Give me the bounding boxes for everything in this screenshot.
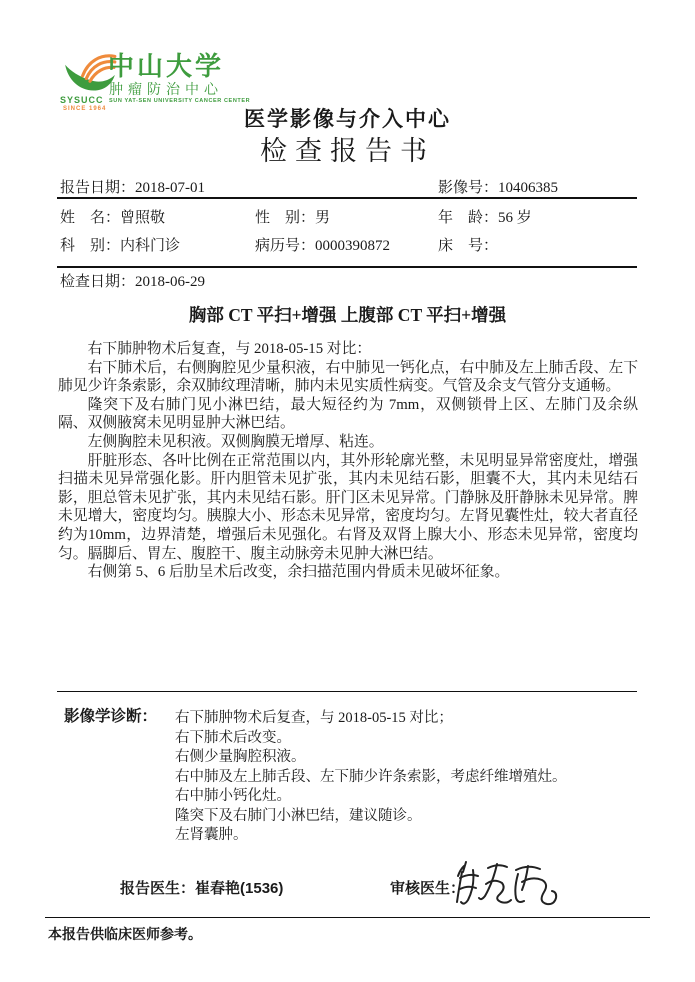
divider-diagnosis xyxy=(57,691,637,692)
findings-paragraph: 左侧胸腔未见积液。双侧胸膜无增厚、粘连。 xyxy=(58,433,638,452)
patient-gender-label: 性 别： xyxy=(255,210,315,226)
patient-bed-number-label: 床 号： xyxy=(438,238,498,254)
patient-department: 科 别：内科门诊 xyxy=(60,234,180,255)
patient-record-number: 病历号：0000390872 xyxy=(255,234,390,255)
org-name-cn: 中山大学 xyxy=(108,46,224,83)
image-number: 影像号：10406385 xyxy=(438,176,558,197)
report-doctor: 报告医生：崔春艳(1536) xyxy=(120,877,283,898)
diagnosis-line: 右下肺肿物术后复查，与 2018-05-15 对比； xyxy=(175,709,645,729)
diagnosis-line: 右中肺及左上肺舌段、左下肺少许条索影，考虑纤维增殖灶。 xyxy=(175,768,645,788)
diagnosis-line: 右中肺小钙化灶。 xyxy=(175,787,645,807)
patient-age: 年 龄：56 岁 xyxy=(438,206,532,227)
findings-paragraph: 肝脏形态、各叶比例在正常范围以内，其外形轮廓光整，未见明显异常密度灶，增强扫描未… xyxy=(58,452,638,564)
patient-age-value: 56 岁 xyxy=(498,210,532,226)
findings-paragraph: 右下肺术后，右侧胸腔见少量积液，右中肺见一钙化点，右中肺及左上肺舌段、左下肺见少… xyxy=(58,359,638,396)
patient-gender-value: 男 xyxy=(315,210,330,226)
divider-patient xyxy=(57,266,637,268)
diagnosis-label: 影像学诊断： xyxy=(64,704,157,726)
report-title: 检查报告书 xyxy=(0,129,695,168)
report-doctor-name: 崔春艳(1536) xyxy=(195,880,283,897)
patient-bed-number: 床 号： xyxy=(438,234,498,255)
divider-top xyxy=(57,197,637,199)
report-doctor-label: 报告医生： xyxy=(120,880,195,897)
footer-disclaimer: 本报告供临床医师参考。 xyxy=(48,924,202,944)
patient-department-label: 科 别： xyxy=(60,238,120,254)
patient-record-number-label: 病历号： xyxy=(255,238,315,254)
diagnosis-section: 右下肺肿物术后复查，与 2018-05-15 对比； 右下肺术后改变。 右侧少量… xyxy=(175,709,645,846)
review-doctor-signature-icon xyxy=(452,856,560,916)
patient-age-label: 年 龄： xyxy=(438,210,498,226)
diagnosis-line: 左肾囊肿。 xyxy=(175,826,645,846)
patient-gender: 性 别：男 xyxy=(255,206,330,227)
exam-date-label: 检查日期： xyxy=(60,274,135,290)
findings-paragraph: 隆突下及右肺门见小淋巴结，最大短径约为 7mm，双侧锁骨上区、左肺门及余纵隔、双… xyxy=(58,396,638,433)
findings-section: 右下肺肿物术后复查，与 2018-05-15 对比： 右下肺术后，右侧胸腔见少量… xyxy=(58,340,638,582)
report-page: SYSUCC SINCE 1964 中山大学 肿瘤防治中心 SUN YAT-SE… xyxy=(0,0,695,982)
diagnosis-line: 隆突下及右肺门小淋巴结，建议随诊。 xyxy=(175,807,645,827)
patient-name-label: 姓 名： xyxy=(60,210,120,226)
findings-paragraph: 右侧第 5、6 后肋呈术后改变，余扫描范围内骨质未见破坏征象。 xyxy=(58,563,638,582)
patient-name: 姓 名：曾照敬 xyxy=(60,206,165,227)
exam-date: 检查日期：2018-06-29 xyxy=(60,270,205,291)
divider-footer xyxy=(45,917,650,918)
patient-name-value: 曾照敬 xyxy=(120,210,165,226)
diagnosis-line: 右侧少量胸腔积液。 xyxy=(175,748,645,768)
patient-record-number-value: 0000390872 xyxy=(315,238,390,254)
org-subname-cn: 肿瘤防治中心 xyxy=(109,79,223,99)
report-date: 报告日期：2018-07-01 xyxy=(60,176,205,197)
report-date-label: 报告日期： xyxy=(60,180,135,196)
exam-date-value: 2018-06-29 xyxy=(135,274,205,290)
diagnosis-line: 右下肺术后改变。 xyxy=(175,729,645,749)
exam-title: 胸部 CT 平扫+增强 上腹部 CT 平扫+增强 xyxy=(0,302,695,327)
patient-department-value: 内科门诊 xyxy=(120,238,180,254)
image-number-label: 影像号： xyxy=(438,180,498,196)
image-number-value: 10406385 xyxy=(498,180,558,196)
report-date-value: 2018-07-01 xyxy=(135,180,205,196)
findings-paragraph: 右下肺肿物术后复查，与 2018-05-15 对比： xyxy=(58,340,638,359)
